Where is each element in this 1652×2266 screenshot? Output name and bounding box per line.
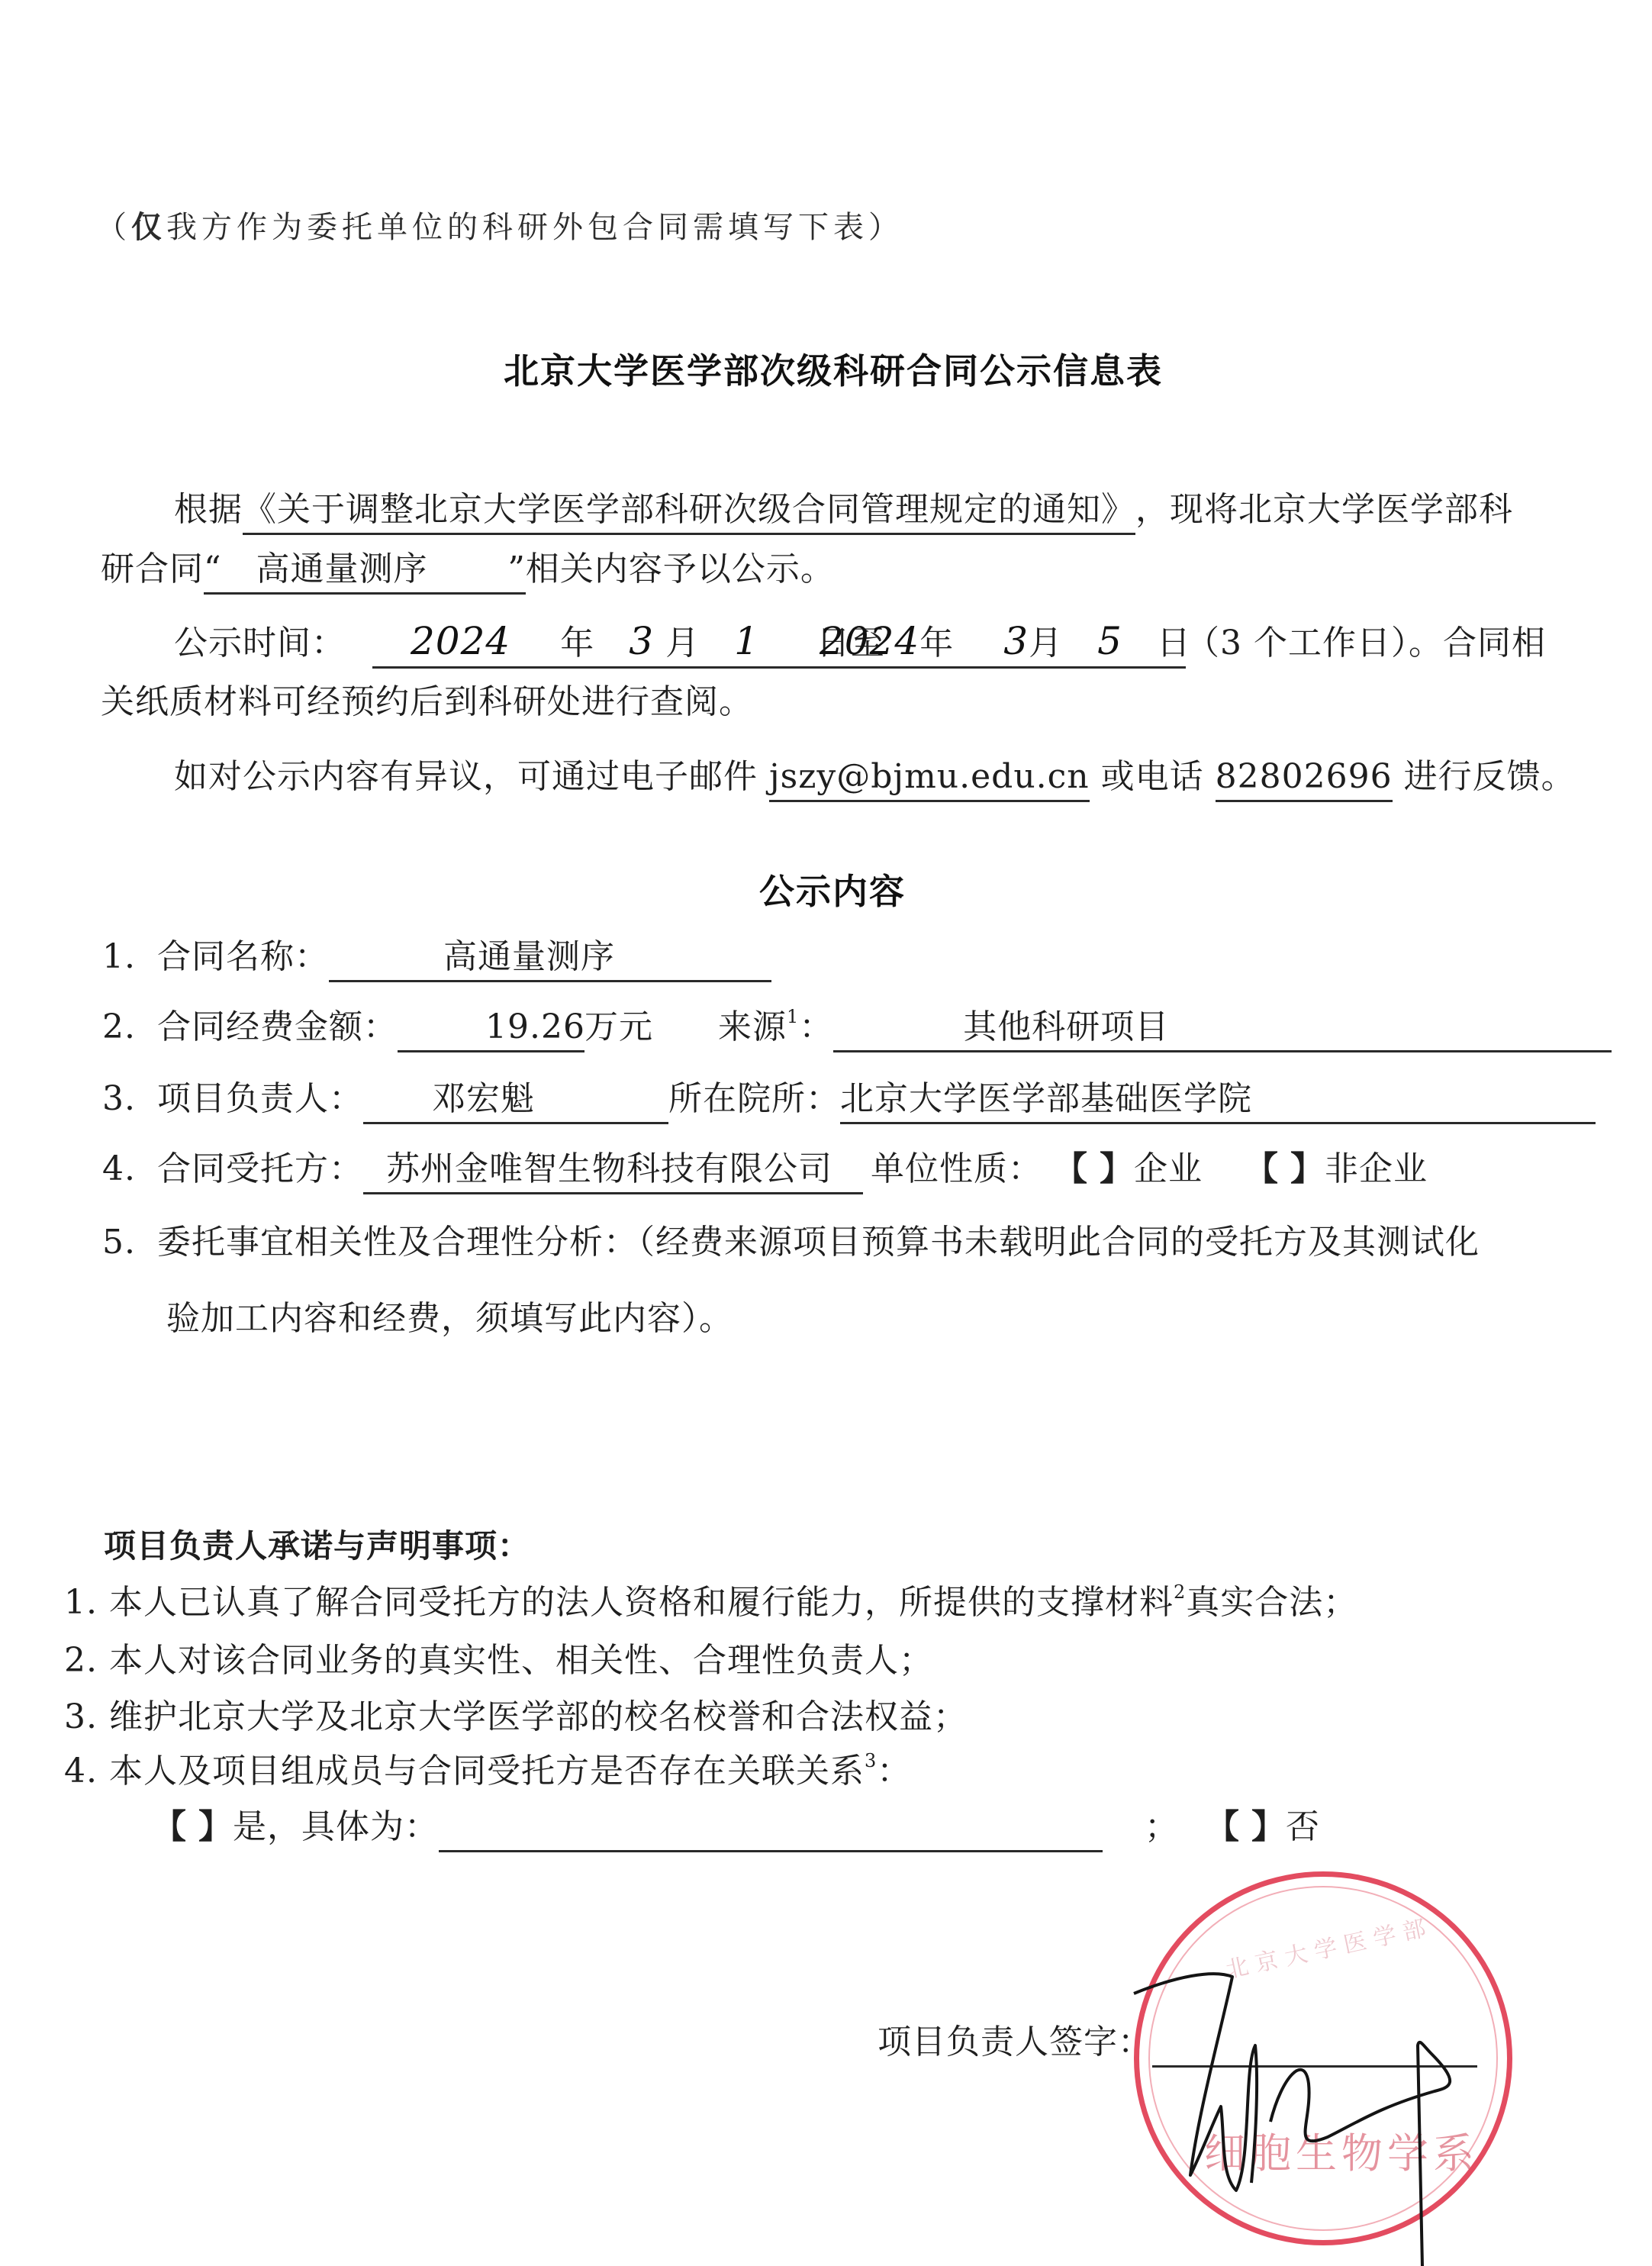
top-note-open-paren: （ [96,210,131,245]
commitment-item: 2. 本人对该合同业务的真实性、相关性、合理性负责人； [64,1639,933,1682]
feedback-suffix: 进行反馈。 [1393,757,1576,796]
dept-label: 所在院所： [668,1079,840,1118]
item-number: 4. [102,1148,157,1191]
source-value: 其他科研项目 [833,1006,1612,1052]
option-enterprise-label: 企业 [1134,1149,1203,1188]
item-label: 合同经费金额： [157,1007,398,1046]
nature-label: 单位性质： [871,1149,1042,1188]
source-label: 来源 [718,1007,787,1046]
intro-line-2: 研合同“ 高通量测序 ”相关内容予以公示。 [101,548,835,595]
analysis-note-line-2: 验加工内容和经费，须填写此内容）。 [166,1297,733,1340]
start-year: 2024 [411,619,510,663]
intro-line2-suffix: 相关内容予以公示。 [526,550,835,588]
source-footnote: 1 [787,1006,799,1027]
intro-line-1: 根据《关于调整北京大学医学部科研次级合同管理规定的通知》，现将北京大学医学部科 [174,488,1513,535]
relation-no-label: 否 [1286,1807,1320,1846]
year-label: 年 [560,624,594,662]
end-date-field: 2024年 3月 5 日 [804,620,1186,669]
relation-detail-field[interactable] [439,1806,1103,1852]
intro-suffix: ，现将北京大学医学部科 [1135,490,1513,529]
contract-name-value: 高通量测序 [329,936,771,982]
item-contract-name: 1.合同名称：高通量测序 [102,936,771,982]
commitment-item: 4. 本人及项目组成员与合同受托方是否存在关联关系3： [64,1750,911,1793]
period-line-1: 公示时间： 2024 年 3 月 1 日至 [174,620,907,669]
option-non-enterprise-label: 非企业 [1325,1149,1428,1188]
contractor-value: 苏州金唯智生物科技有限公司 [363,1148,863,1194]
period-end-date: 2024年 3月 5 日 （3 个工作日）。合同相 [804,620,1546,669]
source-colon: ： [799,1007,833,1046]
period-label: 公示时间： [174,624,346,662]
checkbox-relation-no[interactable]: 【 】 [1206,1807,1286,1846]
checkbox-non-enterprise[interactable]: 【 】 [1245,1149,1325,1188]
relation-line: 【 】是，具体为： ； 【 】否 [153,1806,1320,1852]
content-heading: 公示内容 [759,864,906,914]
intro-prefix: 根据 [174,490,243,529]
month-label: 月 [665,624,700,662]
item-label: 委托事宜相关性及合理性分析： [157,1223,638,1262]
top-note-text: 我方作为委托单位的科研外包合同需填写下表） [166,210,903,245]
feedback-email-link[interactable]: jszy@bjmu.edu.cn [769,756,1090,802]
start-day: 1 [734,619,759,663]
item-label: 项目负责人： [157,1079,363,1118]
item-contractor: 4.合同受托方：苏州金唯智生物科技有限公司单位性质： 【 】企业 【 】非企业 [102,1148,1428,1194]
dept-value: 北京大学医学部基础医学院 [840,1078,1596,1124]
end-year-label: 年 [919,624,954,662]
checkbox-enterprise[interactable]: 【 】 [1054,1149,1134,1188]
commitments-heading: 项目负责人承诺与声明事项： [104,1525,530,1568]
amount-unit: 万元 [584,1007,653,1046]
feedback-middle: 或电话 [1090,757,1216,796]
item-label: 合同名称： [157,937,329,976]
feedback-line: 如对公示内容有异议，可通过电子邮件 jszy@bjmu.edu.cn 或电话 8… [174,756,1576,802]
feedback-phone: 82802696 [1216,756,1393,802]
top-note-bold-char: 仅 [131,209,166,245]
project-lead-value: 邓宏魁 [363,1078,668,1124]
handwritten-signature-icon [1129,1961,1526,2266]
end-month-label: 月 [1029,624,1063,662]
item-label: 合同受托方： [157,1149,363,1188]
relation-yes-label: 是，具体为： [233,1807,439,1846]
item-analysis: 5.委托事宜相关性及合理性分析：（经费来源项目预算书未载明此合同的受托方及其测试… [102,1221,1480,1264]
signature-label: 项目负责人签字： [878,2023,1152,2061]
amount-value: 19.26 [398,1006,584,1052]
footnote-marker: 2 [1174,1581,1186,1603]
footnote-marker: 3 [865,1750,877,1771]
item-number: 5. [102,1221,157,1264]
notice-title: 《关于调整北京大学医学部科研次级合同管理规定的通知》 [243,488,1135,535]
period-line-2: 关纸质材料可经预约后到科研处进行查阅。 [101,681,753,724]
item-number: 2. [102,1006,157,1049]
item-number: 1. [102,936,157,978]
end-day: 5 [1097,619,1122,663]
checkbox-relation-yes[interactable]: 【 】 [153,1807,233,1846]
item-contract-amount: 2.合同经费金额：19.26万元 来源1：其他科研项目 [102,1006,1612,1052]
intro-line2-prefix: 研合同 [101,550,204,588]
analysis-note-line-1: （经费来源项目预算书未载明此合同的受托方及其测试化 [638,1223,1480,1262]
item-number: 3. [102,1078,157,1120]
end-month: 3 [1003,619,1029,663]
commitment-item: 1. 本人已认真了解合同受托方的法人资格和履行能力，所提供的支撑材料2真实合法； [64,1581,1357,1624]
feedback-prefix: 如对公示内容有异议，可通过电子邮件 [174,757,769,796]
start-month: 3 [629,619,654,663]
relation-separator: ； [1145,1807,1179,1846]
commitment-item: 3. 维护北京大学及北京大学医学部的校名校誉和合法权益； [64,1696,968,1739]
end-year: 2024 [820,619,919,663]
top-note: （仅我方作为委托单位的科研外包合同需填写下表） [96,203,903,247]
page-title: 北京大学医学部次级科研合同公示信息表 [504,343,1163,394]
item-project-lead: 3.项目负责人：邓宏魁所在院所：北京大学医学部基础医学院 [102,1078,1596,1124]
contract-quoted-name: “ 高通量测序 ” [204,548,526,595]
period-suffix: （3 个工作日）。合同相 [1186,624,1546,662]
